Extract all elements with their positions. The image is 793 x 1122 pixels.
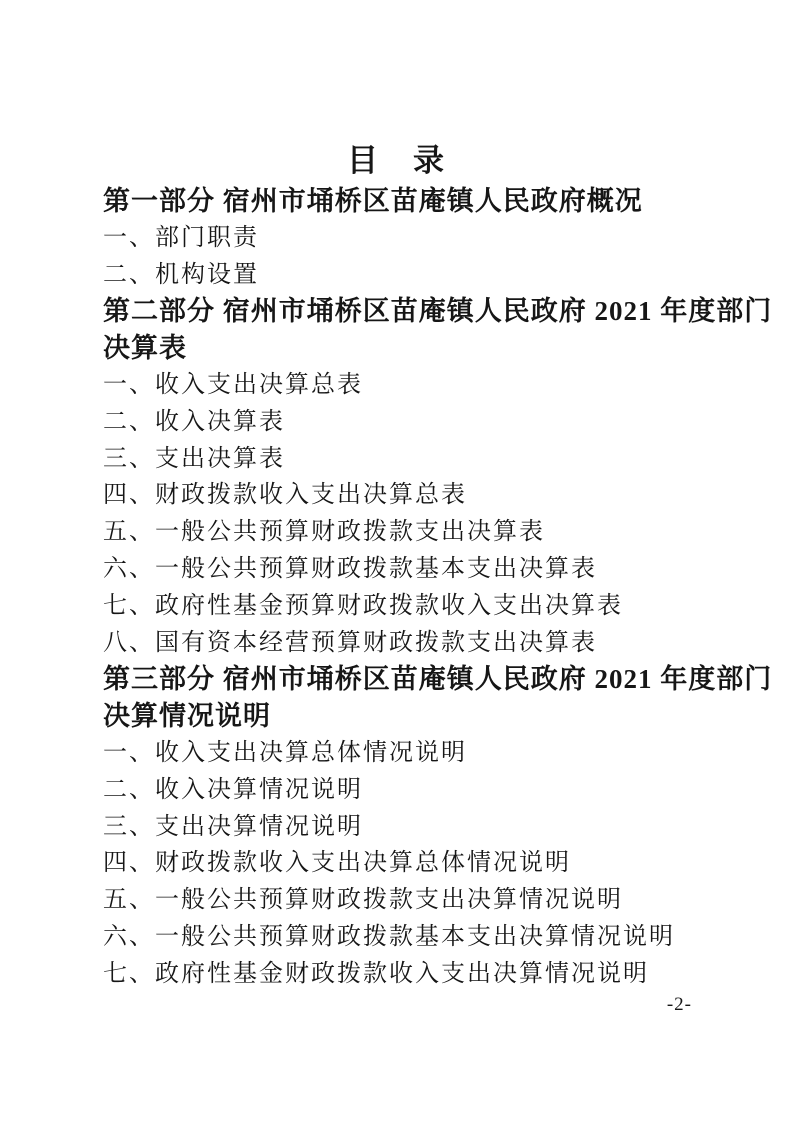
page-number: -2- — [0, 995, 793, 1015]
toc-entry: 七、政府性基金预算财政拨款收入支出决算表 — [103, 588, 703, 625]
toc-entry: 八、国有资本经营预算财政拨款支出决算表 — [103, 625, 703, 662]
toc-entry: 一、收入支出决算总表 — [103, 367, 703, 404]
section-3-heading-line-2: 决算情况说明 — [103, 698, 703, 735]
toc-entry: 二、收入决算表 — [103, 404, 703, 441]
toc-entry: 四、财政拨款收入支出决算总表 — [103, 477, 703, 514]
section-1-heading: 第一部分 宿州市埇桥区苗庵镇人民政府概况 — [103, 183, 703, 220]
toc-entry: 七、政府性基金财政拨款收入支出决算情况说明 — [103, 956, 703, 993]
toc-entry: 二、机构设置 — [103, 257, 703, 294]
toc-entry: 六、一般公共预算财政拨款基本支出决算情况说明 — [103, 919, 703, 956]
toc-entry: 六、一般公共预算财政拨款基本支出决算表 — [103, 551, 703, 588]
page-title: 目 录 — [0, 0, 793, 180]
section-2-heading-line-1: 第二部分 宿州市埇桥区苗庵镇人民政府 2021 年度部门 — [103, 293, 703, 330]
toc-entry: 五、一般公共预算财政拨款支出决算表 — [103, 514, 703, 551]
toc-entry: 二、收入决算情况说明 — [103, 772, 703, 809]
toc-entry: 一、收入支出决算总体情况说明 — [103, 735, 703, 772]
toc-entry: 三、支出决算情况说明 — [103, 809, 703, 846]
toc-entry: 五、一般公共预算财政拨款支出决算情况说明 — [103, 882, 703, 919]
section-3-heading-line-1: 第三部分 宿州市埇桥区苗庵镇人民政府 2021 年度部门 — [103, 661, 703, 698]
table-of-contents: 第一部分 宿州市埇桥区苗庵镇人民政府概况 一、部门职责 二、机构设置 第二部分 … — [103, 183, 703, 993]
toc-entry: 一、部门职责 — [103, 220, 703, 257]
section-2-heading-line-2: 决算表 — [103, 330, 703, 367]
document-page: 目 录 第一部分 宿州市埇桥区苗庵镇人民政府概况 一、部门职责 二、机构设置 第… — [0, 0, 793, 1122]
toc-entry: 三、支出决算表 — [103, 441, 703, 478]
toc-entry: 四、财政拨款收入支出决算总体情况说明 — [103, 845, 703, 882]
